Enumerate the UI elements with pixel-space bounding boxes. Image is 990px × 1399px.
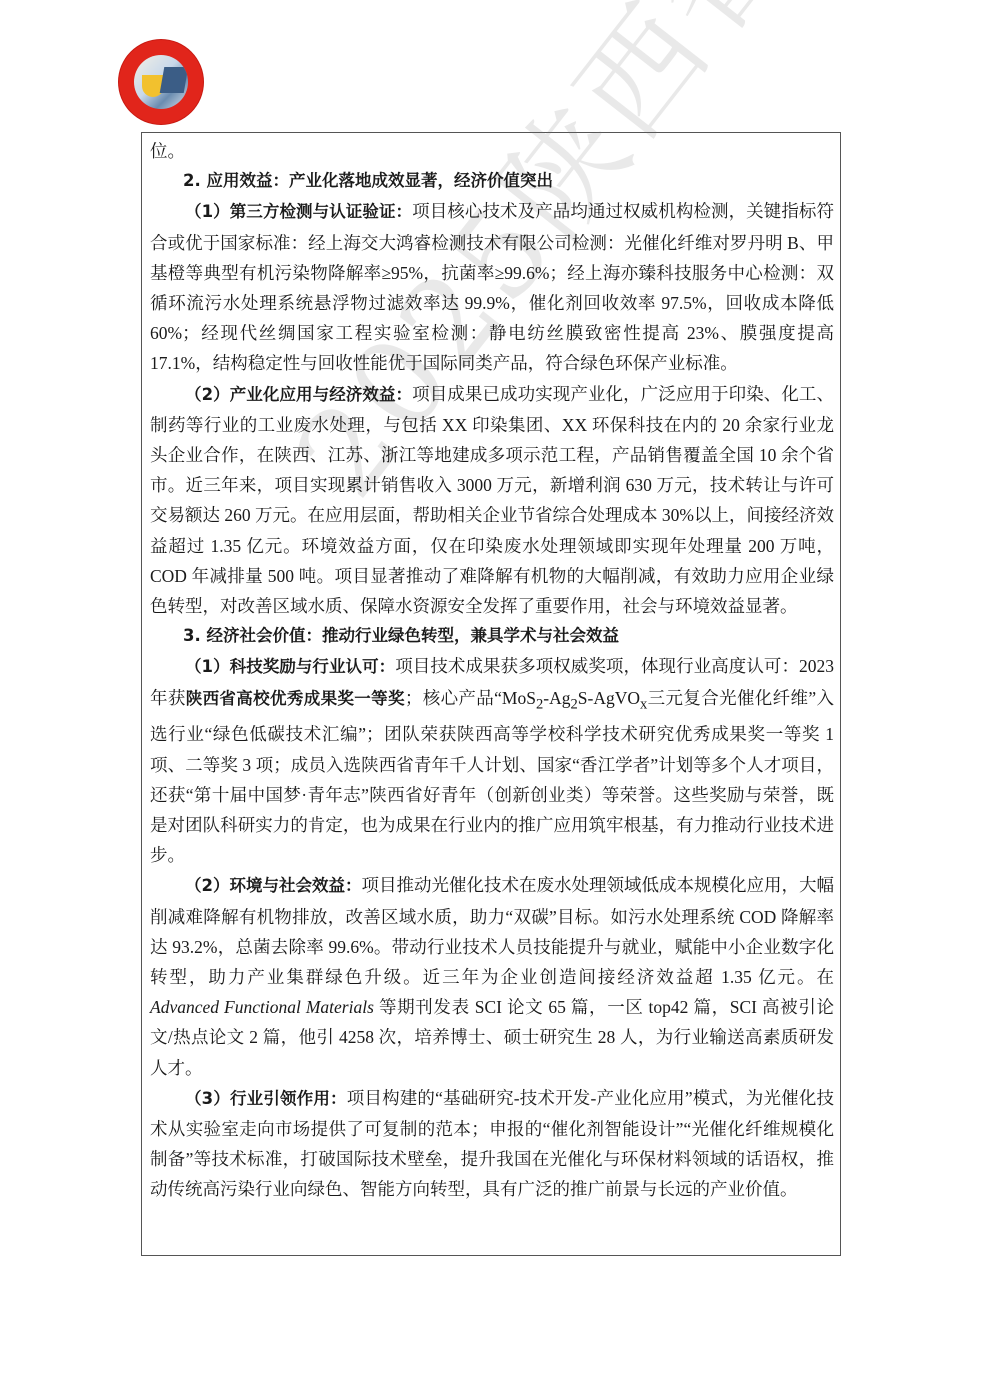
logo-emblem xyxy=(134,55,188,109)
paragraph-text: -Ag xyxy=(543,688,570,708)
section-3-paragraph-3: （3）行业引领作用：项目构建的“基础研究-技术开发-产业化应用”模式，为光催化技… xyxy=(150,1083,834,1205)
subscript: 2 xyxy=(570,696,577,712)
paragraph-text: 三元复合光催化纤维”入选行业“绿色低碳技术汇编”；团队荣获陕西高等学校科学技术研… xyxy=(150,688,834,866)
paragraph-lead: （2）环境与社会效益： xyxy=(185,876,362,895)
award-name: 陕西省高校优秀成果奖一等奖 xyxy=(186,689,405,708)
paragraph-text: 项目核心技术及产品均通过权威机构检测，关键指标符合或优于国家标准：经上海交大鸿睿… xyxy=(150,201,834,373)
paragraph-text: 项目成果已成功实现产业化，广泛应用于印染、化工、制药等行业的工业废水处理，与包括… xyxy=(150,384,834,616)
section-2-paragraph-1: （1）第三方检测与认证验证：项目核心技术及产品均通过权威机构检测，关键指标符合或… xyxy=(150,196,834,378)
section-3-paragraph-2: （2）环境与社会效益：项目推动光催化技术在废水处理领域低成本规模化应用，大幅削减… xyxy=(150,870,834,1082)
journal-name: Advanced Functional Materials xyxy=(150,997,374,1017)
section-3-paragraph-1: （1）科技奖励与行业认可：项目技术成果获多项权威奖项，体现行业高度认可：2023… xyxy=(150,651,834,870)
paragraph-text: ；核心产品“MoS xyxy=(405,688,536,708)
paragraph-text: S-AgVO xyxy=(578,688,640,708)
paragraph-lead: （3）行业引领作用： xyxy=(185,1089,347,1108)
paragraph-lead: （1）科技奖励与行业认可： xyxy=(185,657,395,676)
paragraph-lead: （1）第三方检测与认证验证： xyxy=(185,202,412,221)
building-icon xyxy=(160,67,188,93)
paragraph-lead: （2）产业化应用与经济效益： xyxy=(185,385,412,404)
seal-logo-icon xyxy=(119,40,203,124)
continued-line: 位。 xyxy=(150,136,834,166)
section-3-heading: 3. 经济社会价值：推动行业绿色转型，兼具学术与社会效益 xyxy=(150,621,834,651)
section-2-paragraph-2: （2）产业化应用与经济效益：项目成果已成功实现产业化，广泛应用于印染、化工、制药… xyxy=(150,379,834,622)
document-body: 位。 2. 应用效益：产业化落地成效显著，经济价值突出 （1）第三方检测与认证验… xyxy=(150,136,834,1205)
section-2-heading: 2. 应用效益：产业化落地成效显著，经济价值突出 xyxy=(150,166,834,196)
